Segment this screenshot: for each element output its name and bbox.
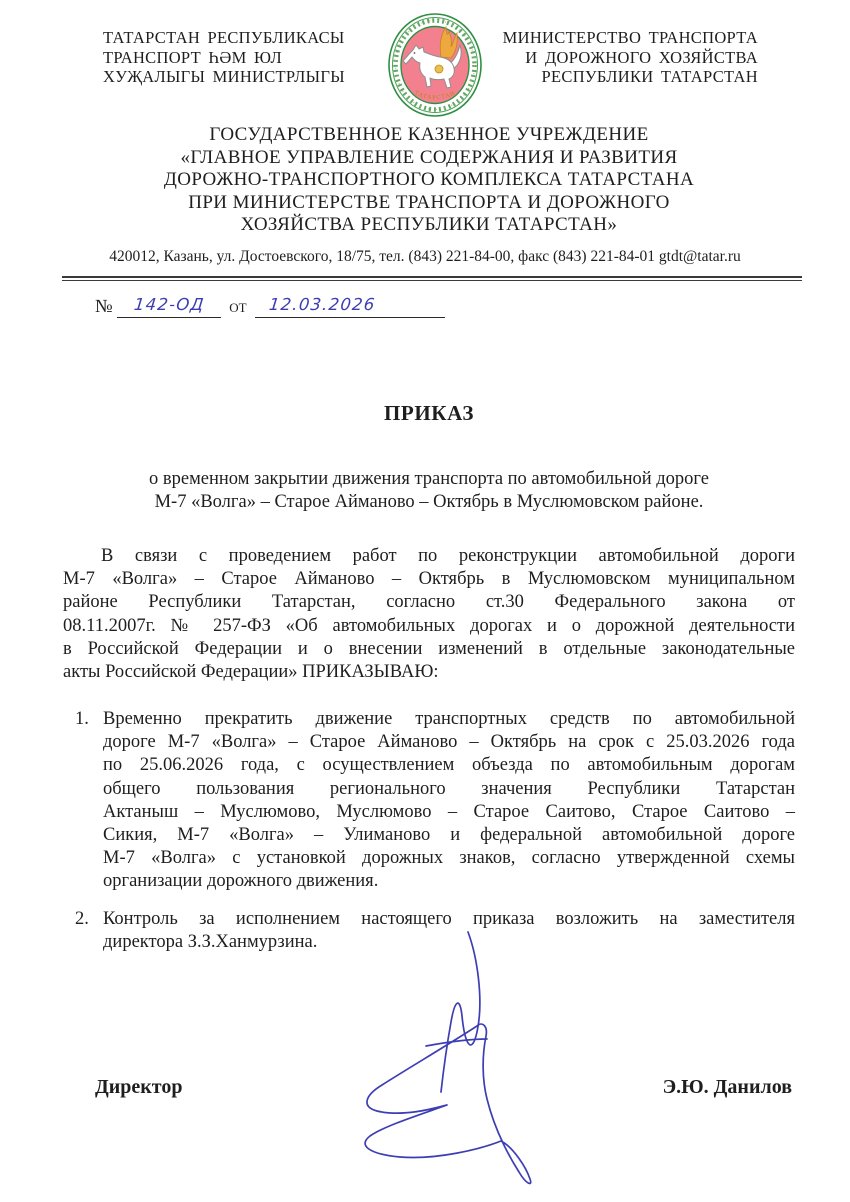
letterhead-right-line: МИНИСТЕРСТВО ТРАНСПОРТА <box>503 28 758 48</box>
document-page: ТАТАРСТАН РЕСПУБЛИКАСЫ ТРАНСПОРТ ҺӘМ ЮЛ … <box>0 0 850 1202</box>
signer-position: Директор <box>95 1076 183 1099</box>
signature-stroke <box>426 1039 487 1046</box>
letterhead-tatar-name: ТАТАРСТАН РЕСПУБЛИКАСЫ ТРАНСПОРТ ҺӘМ ЮЛ … <box>103 28 345 87</box>
leopard-shield-disc <box>435 65 443 73</box>
signature-stroke <box>365 1024 531 1183</box>
organization-name: ГОСУДАРСТВЕННОЕ КАЗЕННОЕ УЧРЕЖДЕНИЕ «ГЛА… <box>63 124 795 237</box>
letterhead-divider <box>62 276 802 281</box>
signature-row: Директор Э.Ю. Данилов <box>95 1076 792 1099</box>
director-signature-ink <box>333 922 561 1190</box>
reference-line: № 142-ОДот 12.03.2026 <box>95 293 445 318</box>
letterhead-ministry-name: МИНИСТЕРСТВО ТРАНСПОРТА И ДОРОЖНОГО ХОЗЯ… <box>503 28 758 87</box>
order-number-handwritten: 142-ОД <box>133 293 206 317</box>
signer-name: Э.Ю. Данилов <box>663 1076 792 1099</box>
organization-name-line: ДОРОЖНО-ТРАНСПОРТНОГО КОМПЛЕКСА ТАТАРСТА… <box>63 169 795 192</box>
date-preposition-label: от <box>229 297 246 317</box>
tatarstan-coat-of-arms-icon: ТАТАРСТАН <box>387 12 483 118</box>
order-date-handwritten: 12.03.2026 <box>268 293 377 317</box>
item-number: 2. <box>75 908 89 931</box>
order-preamble: В связи с проведением работ по реконстру… <box>63 545 795 684</box>
letterhead-left-line: ТРАНСПОРТ ҺӘМ ЮЛ <box>103 48 345 68</box>
organization-name-line: ХОЗЯЙСТВА РЕСПУБЛИКИ ТАТАРСТАН» <box>63 214 795 237</box>
organization-name-line: ГОСУДАРСТВЕННОЕ КАЗЕННОЕ УЧРЕЖДЕНИЕ <box>63 124 795 147</box>
letterhead-left-line: ХУҖАЛЫГЫ МИНИСТРЛЫГЫ <box>103 67 345 87</box>
letterhead-right-line: РЕСПУБЛИКИ ТАТАРСТАН <box>503 67 758 87</box>
order-title: ПРИКАЗ <box>63 401 795 426</box>
order-subject-line: о временном закрытии движения транспорта… <box>63 468 795 491</box>
leopard-eye <box>414 52 416 54</box>
signature-stroke <box>441 932 480 1092</box>
order-subject: о временном закрытии движения транспорта… <box>63 468 795 514</box>
organization-name-line: «ГЛАВНОЕ УПРАВЛЕНИЕ СОДЕРЖАНИЯ И РАЗВИТИ… <box>63 147 795 170</box>
organization-name-line: ПРИ МИНИСТЕРСТВЕ ТРАНСПОРТА И ДОРОЖНОГО <box>63 192 795 215</box>
order-subject-line: М-7 «Волга» – Старое Айманово – Октябрь … <box>63 491 795 514</box>
number-sign-label: № <box>95 297 113 317</box>
organization-address: 420012, Казань, ул. Достоевского, 18/75,… <box>0 248 850 266</box>
order-item-1: 1. Временно прекратить движение транспор… <box>63 708 795 894</box>
letterhead-right-line: И ДОРОЖНОГО ХОЗЯЙСТВА <box>503 48 758 68</box>
order-date-field: 12.03.2026 <box>255 293 445 318</box>
order-number-field: 142-ОД <box>117 293 221 318</box>
item-text: Временно прекратить движение транспортны… <box>103 708 795 894</box>
item-number: 1. <box>75 708 89 731</box>
letterhead-left-line: ТАТАРСТАН РЕСПУБЛИКАСЫ <box>103 28 345 48</box>
